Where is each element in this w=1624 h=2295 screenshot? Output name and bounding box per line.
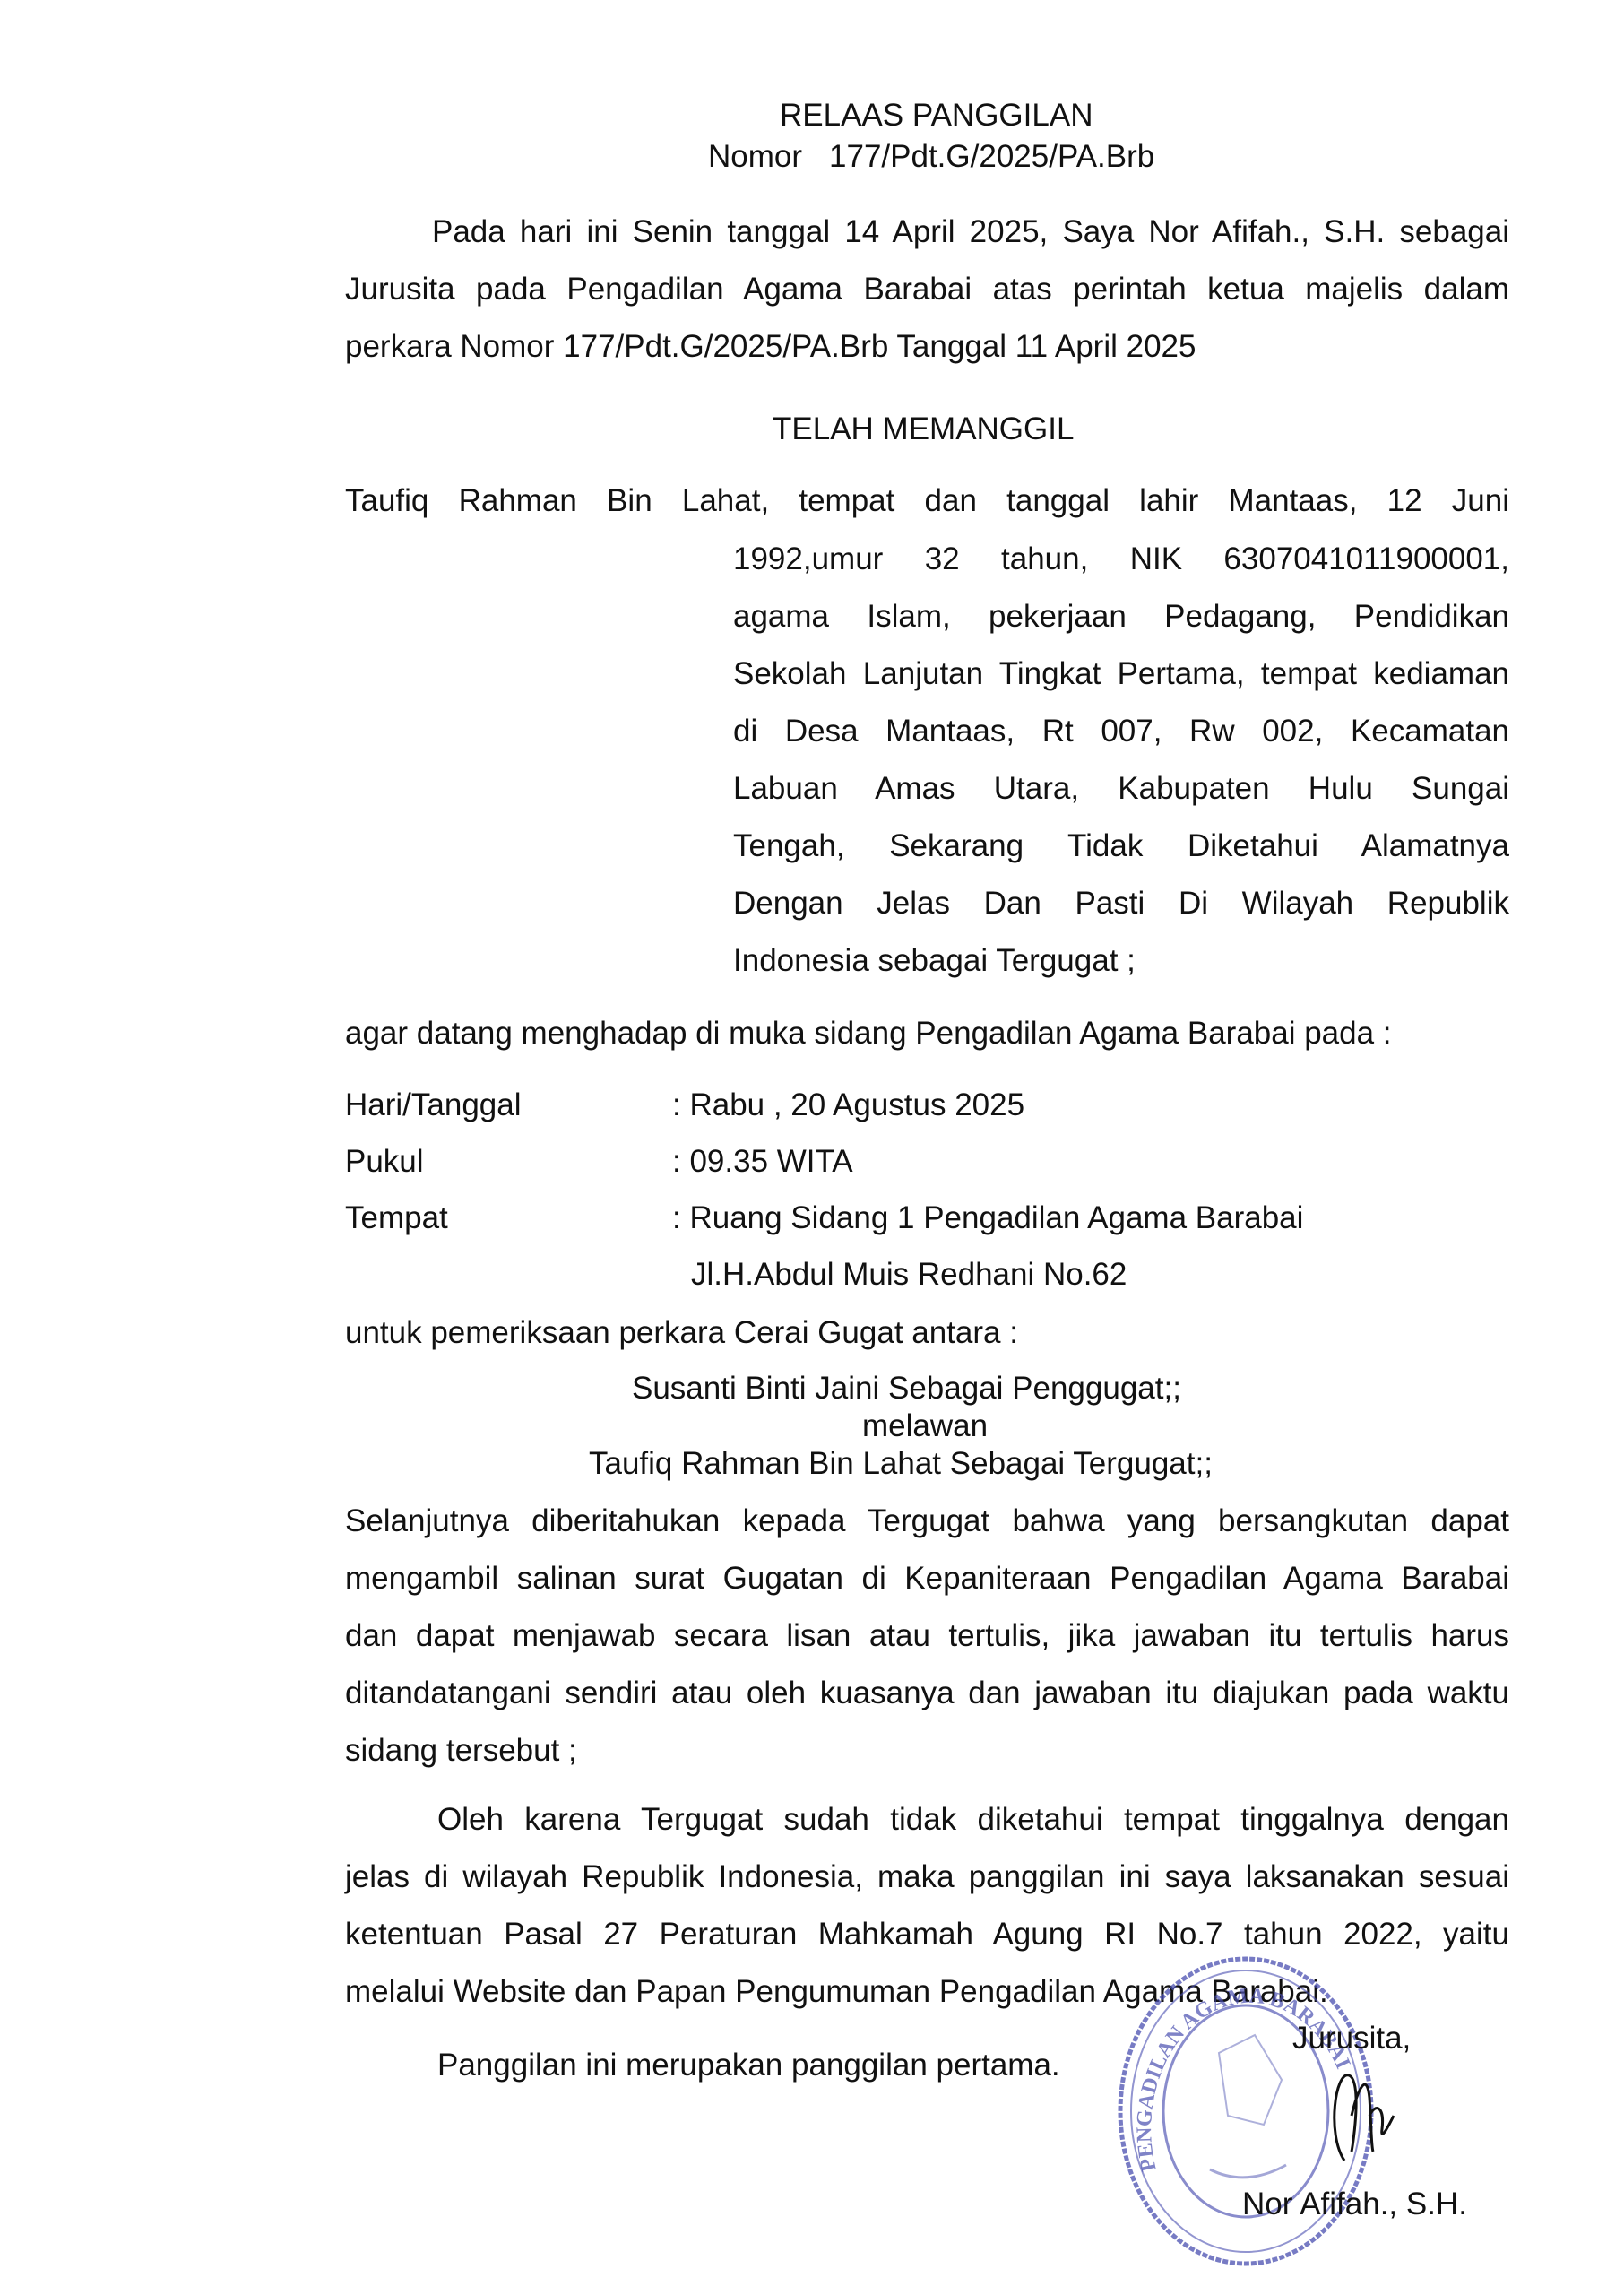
signature-role: Jurusita, [1292, 2020, 1411, 2057]
schedule-label-time: Pukul [345, 1143, 424, 1181]
party-line: di Desa Mantaas, Rt 007, Rw 002, Kecamat… [733, 713, 1509, 750]
party-line: Labuan Amas Utara, Kabupaten Hulu Sungai [733, 770, 1509, 808]
number-value: 177/Pdt.G/2025/PA.Brb [829, 139, 1154, 174]
notice-line: mengambil salinan surat Gugatan di Kepan… [345, 1560, 1509, 1598]
notice-line: dan dapat menjawab secara lisan atau ter… [345, 1617, 1509, 1655]
signature-icon [1326, 2062, 1398, 2169]
case-intro: untuk pemeriksaan perkara Cerai Gugat an… [345, 1314, 1018, 1352]
section-title: TELAH MEMANGGIL [773, 411, 1074, 448]
plaintiff-line: Susanti Binti Jaini Sebagai Penggugat;; [632, 1370, 1181, 1407]
party-line: agama Islam, pekerjaan Pedagang, Pendidi… [733, 598, 1509, 636]
versus-line: melawan [862, 1407, 988, 1445]
reason-line: jelas di wilayah Republik Indonesia, mak… [345, 1858, 1509, 1896]
intro-line: Jurusita pada Pengadilan Agama Barabai a… [345, 271, 1509, 308]
number-label: Nomor [708, 139, 802, 174]
document-page: RELAAS PANGGILAN Nomor177/Pdt.G/2025/PA.… [0, 0, 1624, 2295]
schedule-value-time: : 09.35 WITA [672, 1143, 853, 1181]
party-line: Sekolah Lanjutan Tingkat Pertama, tempat… [733, 655, 1509, 693]
party-line: Taufiq Rahman Bin Lahat, tempat dan tang… [345, 482, 1509, 520]
party-line: Dengan Jelas Dan Pasti Di Wilayah Republ… [733, 885, 1509, 922]
notice-line: ditandatangani sendiri atau oleh kuasany… [345, 1675, 1509, 1712]
schedule-label-place: Tempat [345, 1199, 448, 1237]
notice-line: Selanjutnya diberitahukan kepada Terguga… [345, 1503, 1509, 1540]
reason-line: Oleh karena Tergugat sudah tidak diketah… [437, 1801, 1509, 1839]
notice-line: sidang tersebut ; [345, 1732, 577, 1770]
closing-line: Panggilan ini merupakan panggilan pertam… [437, 2047, 1060, 2084]
defendant-line: Taufiq Rahman Bin Lahat Sebagai Tergugat… [589, 1445, 1213, 1483]
summon-intro: agar datang menghadap di muka sidang Pen… [345, 1015, 1392, 1052]
address-line: Jl.H.Abdul Muis Redhani No.62 [691, 1256, 1127, 1294]
signature-name: Nor Afifah., S.H. [1242, 2186, 1467, 2223]
schedule-label-date: Hari/Tanggal [345, 1087, 522, 1124]
party-line: Tengah, Sekarang Tidak Diketahui Alamatn… [733, 827, 1509, 865]
party-line: 1992,umur 32 tahun, NIK 6307041011900001… [733, 541, 1509, 578]
intro-line: perkara Nomor 177/Pdt.G/2025/PA.Brb Tang… [345, 328, 1196, 366]
document-number: Nomor177/Pdt.G/2025/PA.Brb [708, 138, 1154, 176]
party-line: Indonesia sebagai Tergugat ; [733, 942, 1136, 980]
document-title: RELAAS PANGGILAN [780, 97, 1093, 134]
schedule-value-date: : Rabu , 20 Agustus 2025 [672, 1087, 1024, 1124]
schedule-value-place: : Ruang Sidang 1 Pengadilan Agama Baraba… [672, 1199, 1303, 1237]
intro-line: Pada hari ini Senin tanggal 14 April 202… [432, 213, 1509, 251]
